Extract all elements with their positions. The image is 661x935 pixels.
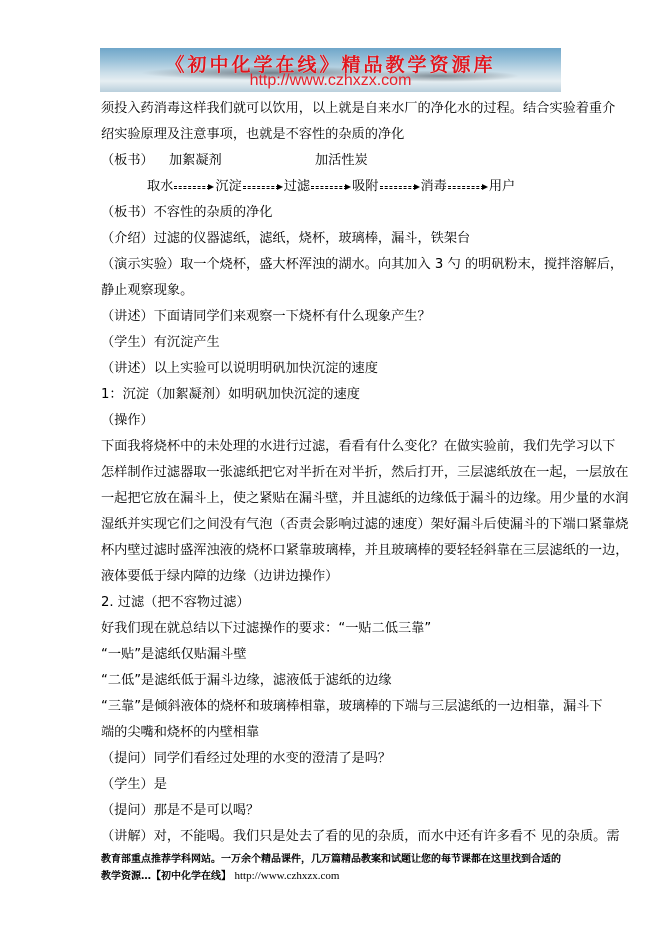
paragraph-line: 一起把它放在漏斗上，使之紧贴在漏斗壁，并且滤纸的边缘低于漏斗的边缘。用少量的水润 [101, 486, 563, 512]
paragraph-line: （操作） [101, 408, 563, 434]
paragraph-line: （讲解）对，不能喝。我们只是处去了看的见的杂质，而水中还有许多看不 见的杂质。需 [101, 824, 563, 850]
paragraph-line: 下面我将烧杯中的未处理的水进行过滤，看看有什么变化？在做实验前，我们先学习以下 [101, 434, 563, 460]
paragraph-line: （演示实验）取一个烧杯，盛大杯浑浊的湖水。向其加入 3 勺 的明矾粉末，搅拌溶解… [101, 252, 563, 278]
flow-step-user: 用户 [489, 174, 515, 200]
footer-promo-text: 教育部重点推荐学科网站。一万余个精品课件，几万篇精品教案和试题让您的每节课都在这… [101, 851, 563, 868]
banner-url[interactable]: http://www.czhxzx.com [100, 72, 561, 90]
paragraph-line: （讲述）下面请同学们来观察一下烧杯有什么现象产生？ [101, 304, 563, 330]
paragraph-line: 好我们现在就总结以下过滤操作的要求：“一贴二低三靠” [101, 616, 563, 642]
paragraph-line: （学生）有沉淀产生 [101, 330, 563, 356]
paragraph-line: （介绍）过滤的仪器滤纸，滤纸，烧杯，玻璃棒，漏斗，铁架台 [101, 226, 563, 252]
footer-url-link[interactable]: http://www.czhxzx.com [234, 870, 339, 882]
paragraph-line: 杯内壁过滤时盛浑浊液的烧杯口紧靠玻璃棒，并且玻璃棒的要轻轻斜靠在三层滤纸的一边， [101, 538, 563, 564]
flow-step-filtration: 过滤 [284, 174, 310, 200]
paragraph-line: 1：沉淀（加絮凝剂）如明矾加快沉淀的速度 [101, 382, 563, 408]
paragraph-line: 端的尖嘴和烧杯的内壁相靠 [101, 720, 563, 746]
paragraph-line: 须投入药消毒这样我们就可以饮用，以上就是自来水厂的净化水的过程。结合实验着重介 [101, 96, 563, 122]
arrow-right-icon [448, 183, 488, 191]
flow-step-adsorption: 吸附 [352, 174, 378, 200]
purification-flow-diagram: 取水 沉淀 过滤 吸附 消毒 用户 [101, 174, 563, 200]
additive-activated-carbon: 加活性炭 [315, 148, 368, 174]
paragraph-line: “三靠”是倾斜液体的烧杯和玻璃棒相靠，玻璃棒的下端与三层滤纸的一边相靠，漏斗下 [101, 694, 563, 720]
footer-promo-line2: 教学资源…【初中化学在线】 http://www.czhxzx.com [101, 868, 563, 885]
footer-site-name: 教学资源…【初中化学在线】 [101, 871, 231, 882]
arrow-right-icon [311, 183, 351, 191]
header-banner: 《初中化学在线》精品教学资源库 http://www.czhxzx.com [100, 48, 561, 92]
flow-step-disinfection: 消毒 [421, 174, 447, 200]
paragraph-line: 2. 过滤（把不容物过滤） [101, 590, 563, 616]
arrow-right-icon [174, 183, 214, 191]
flow-step-sedimentation: 沉淀 [215, 174, 241, 200]
paragraph-line: （板书）不容性的杂质的净化 [101, 200, 563, 226]
additive-flocculant: 加絮凝剂 [169, 148, 315, 174]
paragraph-line: 静止观察现象。 [101, 278, 563, 304]
board-note-label: （板书） [101, 148, 169, 174]
paragraph-line: 怎样制作过滤器取一张滤纸把它对半折在对半折，然后打开，三层滤纸放在一起，一层放在 [101, 460, 563, 486]
document-body: 须投入药消毒这样我们就可以饮用，以上就是自来水厂的净化水的过程。结合实验着重介 … [101, 96, 563, 850]
paragraph-line: “一贴”是滤纸仅贴漏斗壁 [101, 642, 563, 668]
board-note-row: （板书） 加絮凝剂 加活性炭 [101, 148, 563, 174]
paragraph-line: （提问）同学们看经过处理的水变的澄清了是吗？ [101, 746, 563, 772]
paragraph-line: 湿纸并实现它们之间没有气泡（否责会影响过滤的速度）架好漏斗后使漏斗的下端口紧靠烧 [101, 512, 563, 538]
arrow-right-icon [243, 183, 283, 191]
paragraph-line: 液体要低于绿内障的边缘（边讲边操作） [101, 564, 563, 590]
flow-step-intake: 取水 [147, 174, 173, 200]
paragraph-line: 绍实验原理及注意事项，也就是不容性的杂质的净化 [101, 122, 563, 148]
paragraph-line: “二低”是滤纸低于漏斗边缘，滤液低于滤纸的边缘 [101, 668, 563, 694]
paragraph-line: （提问）那是不是可以喝？ [101, 798, 563, 824]
paragraph-line: （讲述）以上实验可以说明明矾加快沉淀的速度 [101, 356, 563, 382]
paragraph-line: （学生）是 [101, 772, 563, 798]
arrow-right-icon [380, 183, 420, 191]
page-footer: 教育部重点推荐学科网站。一万余个精品课件，几万篇精品教案和试题让您的每节课都在这… [101, 851, 563, 885]
